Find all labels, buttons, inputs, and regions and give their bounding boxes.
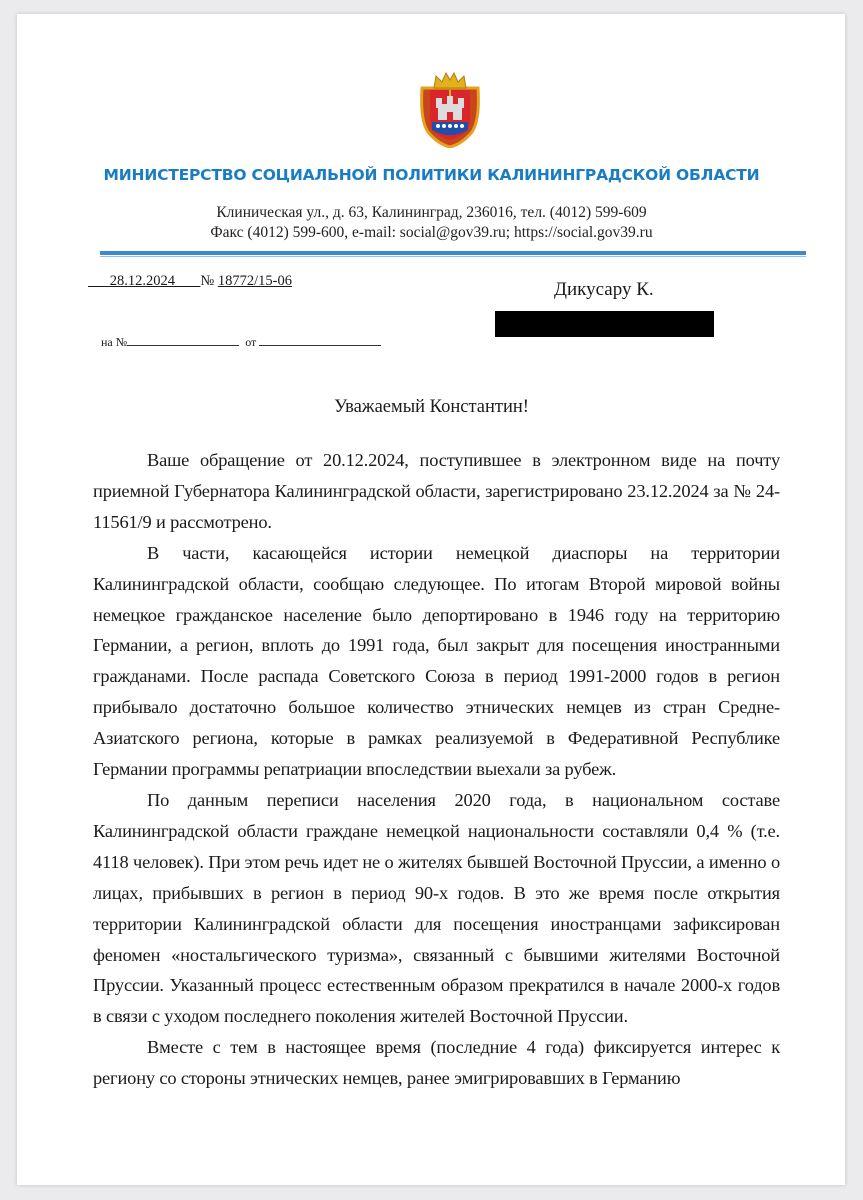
header-divider-thin — [100, 256, 806, 257]
reference-line: на № от — [101, 333, 381, 350]
letter-body: Ваше обращение от 20.12.2024, поступивше… — [93, 445, 780, 1094]
paragraph: Вместе с тем в настоящее время (последни… — [93, 1032, 780, 1094]
paragraph: В части, касающейся истории немецкой диа… — [93, 538, 780, 785]
redacted-address — [495, 311, 714, 337]
coat-of-arms-icon — [418, 70, 482, 148]
address-line: Клиническая ул., д. 63, Калининград, 236… — [0, 204, 863, 222]
salutation: Уважаемый Константин! — [0, 397, 863, 418]
ref-date-label: от — [245, 335, 256, 349]
header-divider — [100, 251, 806, 255]
registration-line: 28.12.2024 № 18772/15-06 — [88, 273, 292, 290]
registration-date: 28.12.2024 — [88, 273, 200, 289]
recipient-name: Дикусару К. — [554, 279, 654, 301]
ref-date-blank — [259, 333, 381, 346]
ref-number-label: на № — [101, 335, 127, 349]
contact-line: Факс (4012) 599-600, e-mail: social@gov3… — [0, 224, 863, 242]
ministry-name: МИНИСТЕРСТВО СОЦИАЛЬНОЙ ПОЛИТИКИ КАЛИНИН… — [0, 166, 863, 184]
number-label: № — [200, 273, 214, 289]
paragraph: Ваше обращение от 20.12.2024, поступивше… — [93, 445, 780, 538]
paragraph: По данным переписи населения 2020 года, … — [93, 785, 780, 1032]
registration-number: 18772/15-06 — [218, 273, 292, 289]
ref-number-blank — [127, 333, 239, 346]
